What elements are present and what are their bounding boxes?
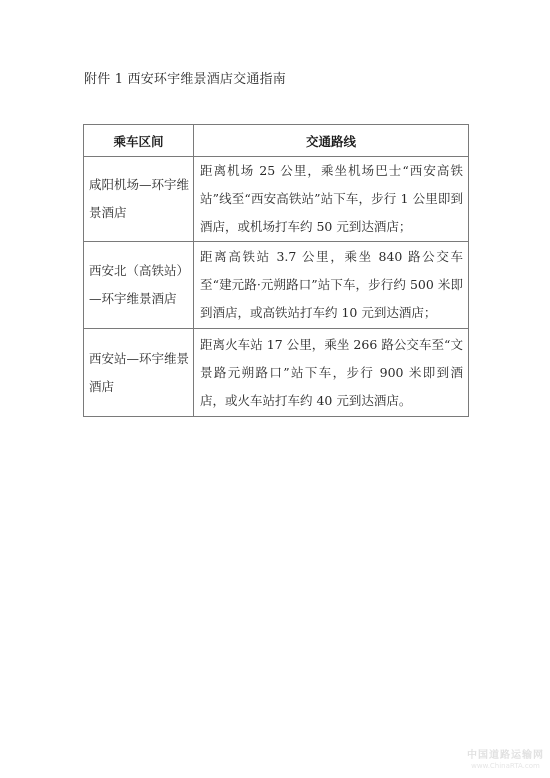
table-header-row: 乘车区间 交通路线 [84,125,469,157]
section-cell: 西安站—环宇维景酒店 [84,329,194,417]
watermark-name: 中国道路运输网 [467,750,544,761]
header-section: 乘车区间 [84,125,194,157]
table-row: 咸阳机场—环宇维景酒店 距离机场 25 公里，乘坐机场巴士“西安高铁站”线至“西… [84,157,469,242]
watermark: 中国道路运输网 www.ChinaRTA.com [467,750,544,772]
table-row: 西安站—环宇维景酒店 距离火车站 17 公里，乘坐 266 路公交车至“文景路元… [84,329,469,417]
transport-guide-table: 乘车区间 交通路线 咸阳机场—环宇维景酒店 距离机场 25 公里，乘坐机场巴士“… [83,124,469,417]
table-row: 西安北（高铁站）—环宇维景酒店 距离高铁站 3.7 公里，乘坐 840 路公交车… [84,242,469,329]
route-cell: 距离高铁站 3.7 公里，乘坐 840 路公交车至“建元路·元朔路口”站下车，步… [194,242,469,329]
route-cell: 距离机场 25 公里，乘坐机场巴士“西安高铁站”线至“西安高铁站”站下车，步行 … [194,157,469,242]
watermark-url: www.ChinaRTA.com [467,761,544,772]
route-cell: 距离火车站 17 公里，乘坐 266 路公交车至“文景路元朔路口”站下车，步行 … [194,329,469,417]
document-title: 附件 1 西安环宇维景酒店交通指南 [84,70,286,90]
header-route: 交通路线 [194,125,469,157]
section-cell: 西安北（高铁站）—环宇维景酒店 [84,242,194,329]
section-cell: 咸阳机场—环宇维景酒店 [84,157,194,242]
